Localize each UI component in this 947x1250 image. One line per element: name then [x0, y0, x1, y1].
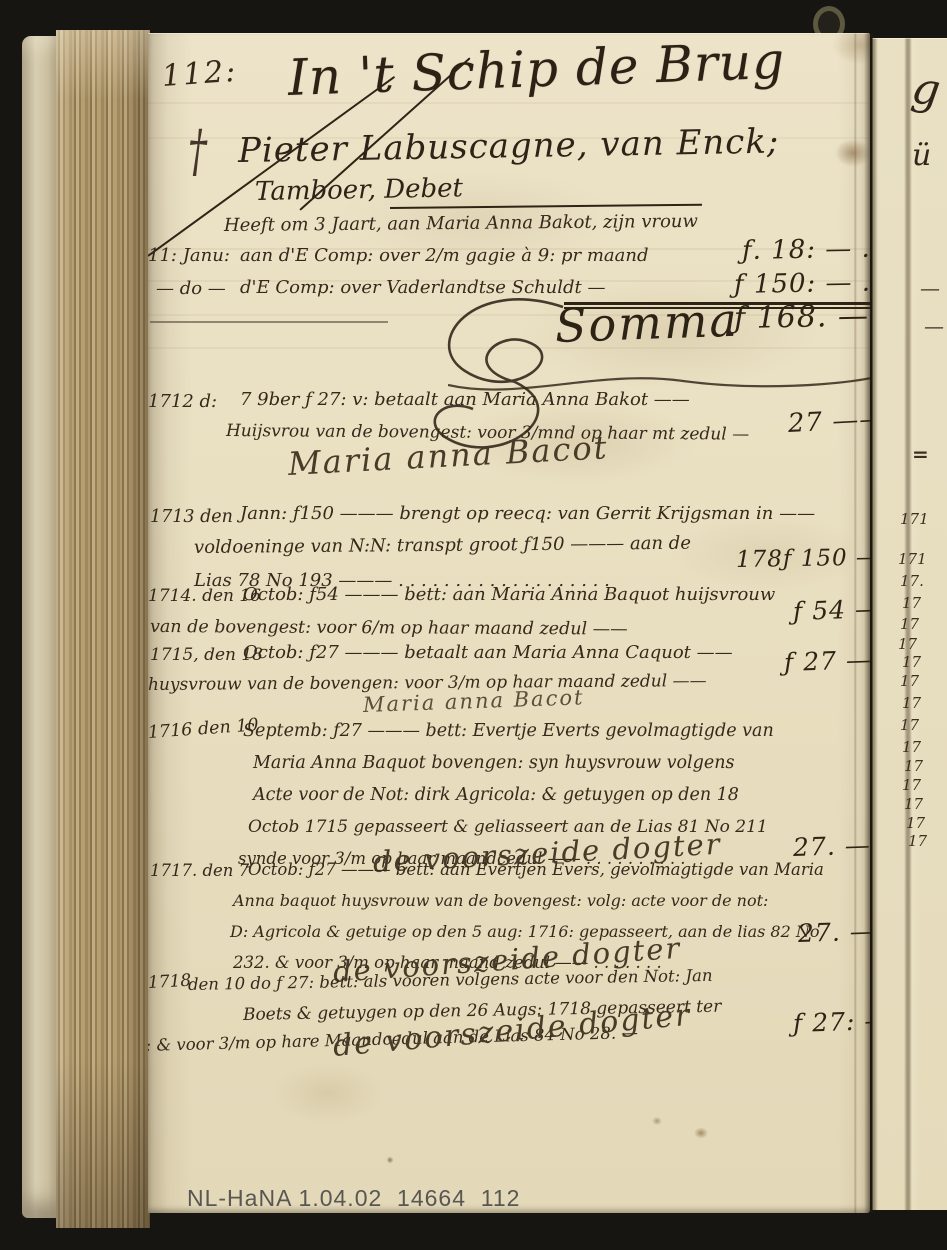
- facing-fragment: ü: [912, 138, 931, 173]
- entry-year: 1712 d:: [148, 391, 217, 412]
- facing-fragment: 17: [898, 635, 917, 653]
- page-stack-fore-edge: [56, 30, 150, 1228]
- scanned-manuscript: 112: † In 't Schip de Brug Pieter Labusc…: [0, 0, 947, 1250]
- facing-fragment: 17: [900, 615, 919, 633]
- entry-amount: 27. — —: [792, 829, 870, 862]
- page-gutter-shadow: [864, 33, 873, 1213]
- account-row-text: aan d'E Comp: over 2/m gagie à 9: pr maa…: [240, 245, 648, 266]
- entry-amount: 178ƒ 150 ———: [736, 544, 870, 573]
- account-row-text: d'E Comp: over Vaderlandtse Schuldt —: [240, 277, 605, 298]
- entry-line: Anna baquot huysvrouw van de bovengest: …: [233, 891, 768, 910]
- facing-fragment: 17: [906, 814, 925, 832]
- intro-line: Heeft om 3 Jaart, aan Maria Anna Bakot, …: [224, 211, 698, 236]
- dagger-mark: †: [188, 118, 207, 184]
- pencil-line: [150, 321, 388, 323]
- somma-amount: ƒ 168. — . —: [734, 298, 870, 336]
- account-row-amount: ƒ 150: — . —: [734, 267, 870, 300]
- facing-fragment: 17: [902, 694, 921, 712]
- entry-line: Septemb: ƒ27 ——— bett: Evertje Everts ge…: [243, 721, 774, 741]
- facing-fragment: 17: [902, 776, 921, 794]
- folio-number: 112:: [161, 54, 239, 94]
- entry-line: Jann: ƒ150 ——— brengt op reecq: van Gerr…: [240, 503, 815, 524]
- entry-line: 7 9ber ƒ 27: v: betaalt aan Maria Anna B…: [240, 389, 690, 410]
- facing-fragment: 17: [904, 795, 923, 813]
- archive-reference-watermark: NL-HaNA 1.04.02 14664 112: [187, 1185, 520, 1212]
- facing-fragment: =: [912, 442, 929, 466]
- entry-line: voldoeninge van N:N: transpt groot ƒ150 …: [194, 533, 691, 558]
- book-cover-edge: [22, 36, 60, 1218]
- account-row-date: 11: Janu:: [148, 245, 230, 266]
- entry-line: Maria Anna Baquot bovengen: syn huysvrou…: [253, 753, 734, 773]
- facing-fragment: g: [909, 62, 944, 116]
- entry-year: 1718: [148, 971, 192, 993]
- facing-page-sliver: g ü — — = 171 171 17. 17 17 17 17 17 17 …: [872, 38, 947, 1210]
- account-holder-name: Pieter Labuscagne, van Enck;: [238, 122, 780, 171]
- ledger-page: 112: † In 't Schip de Brug Pieter Labusc…: [148, 33, 870, 1213]
- entry-amount: 27. — —: [797, 915, 870, 948]
- entry-amount: ƒ 54 ——: [792, 593, 870, 626]
- entry-amount: 27 ——: [787, 404, 870, 439]
- account-row-amount: ƒ. 18: — . —: [742, 233, 870, 266]
- facing-fragment: 17: [908, 832, 927, 850]
- facing-fragment: 17.: [900, 572, 924, 590]
- entry-amount: ƒ 27 ——: [783, 644, 870, 677]
- entry-line: van de bovengest: voor 6/m op haar maand…: [150, 617, 628, 640]
- facing-fragment: 171: [898, 550, 927, 568]
- account-holder-role: Tamboer, Debet: [255, 173, 463, 207]
- facing-fragment: —: [920, 276, 940, 300]
- entry-line: Acte voor de Not: dirk Agricola: & getuy…: [253, 785, 739, 805]
- facing-fragment: 17: [900, 716, 919, 734]
- entry-year: 1717. den 7: [150, 861, 249, 880]
- page-title: In 't Schip de Brug: [287, 33, 786, 107]
- facing-fragment: 17: [902, 738, 921, 756]
- facing-fragment: 17: [904, 757, 923, 775]
- somma-label: Somma: [554, 293, 740, 353]
- entry-year: 1713 den: [150, 507, 233, 527]
- archive-scan: { "colors": { "background": "#161512", "…: [0, 0, 947, 1250]
- facing-fragment: 17: [902, 653, 921, 671]
- entry-line: D: Agricola & getuige op den 5 aug: 1716…: [230, 922, 820, 941]
- account-row-date: — do —: [156, 278, 226, 299]
- role-underline: [390, 204, 702, 209]
- facing-fragment: —: [924, 314, 944, 338]
- facing-fragment: 17: [902, 594, 921, 612]
- entry-line: Octob: ƒ27 ——— bett: aan Evertjen Evers,…: [248, 860, 824, 879]
- facing-fragment: 17: [900, 672, 919, 690]
- entry-amount: ƒ 27: ——: [792, 1005, 870, 1038]
- entry-line: Octob: ƒ54 ——— bett: aan Maria Anna Baqu…: [243, 584, 775, 605]
- facing-fragment: 171: [900, 510, 929, 528]
- entry-line: Octob: ƒ27 ——— betaalt aan Maria Anna Ca…: [243, 642, 733, 663]
